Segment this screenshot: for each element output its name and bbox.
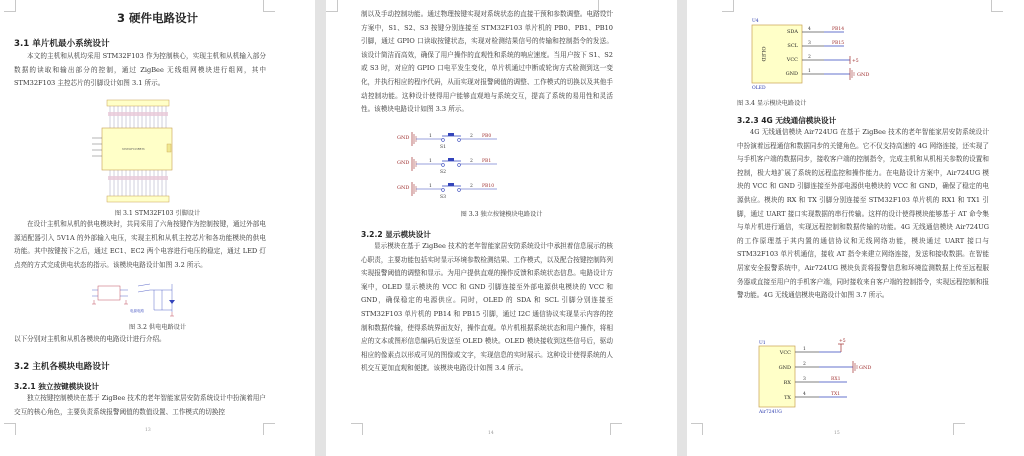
button-circuit-figure: GND 1 S1 2 PB0 GND 1 S2 2 PB1 GND bbox=[382, 126, 542, 206]
margin-mark bbox=[953, 423, 965, 435]
stm32-pinout-figure: STM32F103RBT6 bbox=[90, 98, 190, 213]
page-number: 13 bbox=[145, 428, 151, 433]
svg-text:2: 2 bbox=[470, 158, 473, 164]
svg-text:PB1: PB1 bbox=[482, 158, 491, 164]
svg-text:PB15: PB15 bbox=[832, 40, 844, 46]
page-14: 制以及手动控制功能。通过物理按键实现对系统状态的直接干预和参数调整。电路设计方案… bbox=[326, 0, 677, 456]
svg-text:STM32F103RBT6: STM32F103RBT6 bbox=[122, 148, 145, 151]
svg-text:3: 3 bbox=[808, 40, 811, 46]
svg-text:1: 1 bbox=[429, 183, 432, 189]
margin-mark bbox=[263, 423, 275, 435]
svg-text:GND: GND bbox=[397, 185, 409, 191]
paragraph: 本文的主机和从机均采用 STM32F103 作为控制核心，实现主机和从机输入部分… bbox=[14, 50, 266, 91]
svg-text:U4: U4 bbox=[752, 18, 759, 24]
svg-text:GND: GND bbox=[786, 71, 798, 77]
svg-text:2: 2 bbox=[803, 361, 806, 367]
margin-mark bbox=[691, 423, 703, 435]
chapter-title: 3 硬件电路设计 bbox=[0, 10, 315, 26]
svg-text:+5: +5 bbox=[852, 58, 859, 64]
section-heading: 3.1 单片机最小系统设计 bbox=[14, 37, 110, 49]
subsection-heading: 3.2.2 显示模块设计 bbox=[361, 229, 431, 240]
margin-mark bbox=[4, 423, 16, 435]
subsection-heading: 3.2.3 4G 无线通信模块设计 bbox=[737, 115, 836, 126]
margin-mark bbox=[326, 0, 338, 12]
svg-text:SCL: SCL bbox=[787, 43, 798, 49]
svg-text:SDA: SDA bbox=[787, 29, 798, 35]
page-13: 3 硬件电路设计 3.1 单片机最小系统设计 本文的主机和从机均采用 STM32… bbox=[0, 0, 315, 456]
figure-caption: 图 3.3 独立按键模块电路设计 bbox=[326, 209, 677, 218]
svg-text:2: 2 bbox=[470, 133, 473, 139]
switch-s1: GND 1 S1 2 PB0 bbox=[397, 132, 497, 150]
svg-text:PB10: PB10 bbox=[482, 183, 494, 189]
svg-text:GND: GND bbox=[779, 365, 791, 371]
section-heading: 3.2 主机各模块电路设计 bbox=[14, 360, 110, 372]
svg-text:TX: TX bbox=[784, 395, 791, 401]
page-15: U4 OLED SDA SCL VCC GND 4 3 2 1 PB14 PB1… bbox=[687, 0, 1024, 456]
page-number: 15 bbox=[834, 431, 840, 436]
margin-mark bbox=[351, 423, 363, 435]
svg-text:S2: S2 bbox=[440, 169, 446, 175]
svg-text:GND: GND bbox=[859, 365, 871, 371]
svg-text:2: 2 bbox=[470, 183, 473, 189]
svg-text:TX1: TX1 bbox=[831, 391, 840, 397]
svg-text:S1: S1 bbox=[440, 144, 446, 150]
svg-text:PB14: PB14 bbox=[832, 26, 844, 32]
svg-text:电源电路: 电源电路 bbox=[130, 308, 144, 313]
paragraph: 以下分别对主机和从机各模块的电路设计进行介绍。 bbox=[14, 333, 266, 347]
svg-text:GND: GND bbox=[857, 72, 869, 78]
svg-text:VCC: VCC bbox=[786, 57, 798, 63]
margin-mark bbox=[991, 0, 1003, 12]
svg-text:1: 1 bbox=[429, 133, 432, 139]
figure-caption: 图 3.2 供电电路设计 bbox=[0, 322, 315, 331]
oled-circuit-figure: U4 OLED SDA SCL VCC GND 4 3 2 1 PB14 PB1… bbox=[752, 18, 892, 93]
paragraph: 显示模块在基于 ZigBee 技术的老年智能家居安防系统设计中承担着信息展示的核… bbox=[361, 240, 613, 376]
page-number: 14 bbox=[488, 431, 494, 436]
svg-text:1: 1 bbox=[429, 158, 432, 164]
svg-text:OLED: OLED bbox=[752, 85, 766, 91]
svg-text:GND: GND bbox=[397, 160, 409, 166]
paragraph: 在设计主机和从机的供电模块时，共同采用了六角按键作为控制按键，通过外部电源适配器… bbox=[14, 218, 266, 272]
svg-text:OLED: OLED bbox=[760, 46, 766, 61]
subsection-heading: 3.2.1 独立按键模块设计 bbox=[14, 381, 99, 392]
margin-mark bbox=[610, 423, 622, 435]
svg-text:1: 1 bbox=[808, 68, 811, 74]
svg-text:PB0: PB0 bbox=[482, 133, 491, 139]
svg-text:Air724UG: Air724UG bbox=[758, 409, 782, 415]
svg-text:1: 1 bbox=[803, 346, 806, 352]
svg-text:RX: RX bbox=[784, 380, 792, 386]
paragraph: 4G 无线通信模块 Air724UG 在基于 ZigBee 技术的老年智能家居安… bbox=[737, 126, 989, 303]
svg-text:3: 3 bbox=[803, 376, 806, 382]
svg-text:RX1: RX1 bbox=[831, 376, 841, 382]
paragraph: 独立按键控制模块在基于 ZigBee 技术的老年智能家居安防系统设计中扮演着用户… bbox=[14, 392, 266, 419]
svg-text:GND: GND bbox=[397, 135, 409, 141]
paragraph: 制以及手动控制功能。通过物理按键实现对系统状态的直接干预和参数调整。电路设计方案… bbox=[361, 8, 613, 117]
svg-text:U1: U1 bbox=[759, 340, 766, 346]
air724ug-circuit-figure: U1 VCC GND RX TX 1 2 3 4 +5 GND RX1 TX1 … bbox=[759, 340, 889, 415]
svg-text:+5: +5 bbox=[839, 338, 846, 344]
margin-mark bbox=[722, 0, 734, 12]
svg-text:S3: S3 bbox=[440, 194, 446, 200]
svg-text:4: 4 bbox=[803, 391, 806, 397]
figure-caption: 图 3.1 STM32F103 引脚设计 bbox=[0, 208, 315, 217]
power-circuit-figure: 电源电路 bbox=[90, 282, 190, 322]
svg-text:4: 4 bbox=[808, 26, 811, 32]
svg-text:2: 2 bbox=[808, 54, 811, 60]
figure-caption: 图 3.4 显示模块电路设计 bbox=[737, 98, 806, 107]
svg-text:VCC: VCC bbox=[779, 350, 791, 356]
switch-s3: GND 1 S3 2 PB10 bbox=[397, 182, 497, 200]
switch-s2: GND 1 S2 2 PB1 bbox=[397, 157, 497, 175]
